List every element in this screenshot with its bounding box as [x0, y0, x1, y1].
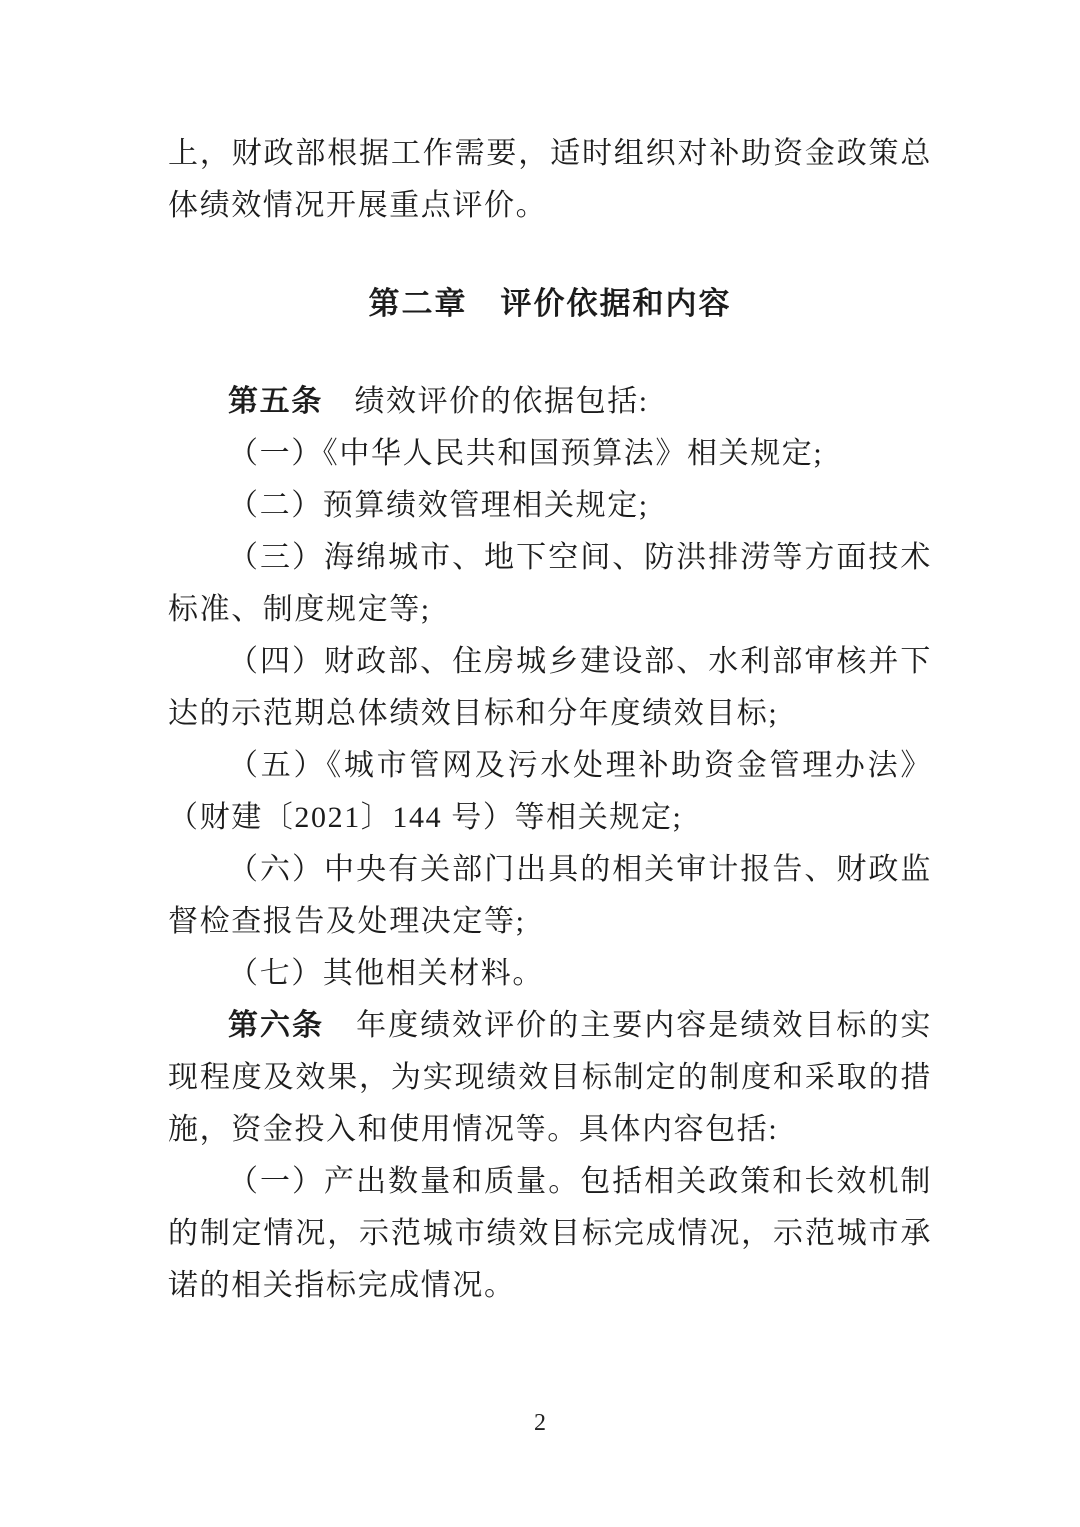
document-content: 上，财政部根据工作需要，适时组织对补助资金政策总体绩效情况开展重点评价。 第二章…: [168, 128, 932, 1312]
article-5-text: 绩效评价的依据包括:: [323, 385, 649, 418]
article-5-item-2: （二）预算绩效管理相关规定;: [168, 480, 932, 532]
article-5-item-4: （四）财政部、住房城乡建设部、水利部审核并下达的示范期总体绩效目标和分年度绩效目…: [168, 636, 932, 740]
article-5-item-3: （三）海绵城市、地下空间、防洪排涝等方面技术标准、制度规定等;: [168, 532, 932, 636]
continuation-paragraph: 上，财政部根据工作需要，适时组织对补助资金政策总体绩效情况开展重点评价。: [168, 128, 932, 232]
article-5-paragraph: 第五条 绩效评价的依据包括:: [168, 376, 932, 428]
article-6-paragraph: 第六条 年度绩效评价的主要内容是绩效目标的实现程度及效果，为实现绩效目标制定的制…: [168, 1000, 932, 1156]
article-6-number: 第六条: [228, 1009, 324, 1042]
article-5-item-6: （六）中央有关部门出具的相关审计报告、财政监督检查报告及处理决定等;: [168, 844, 932, 948]
article-6-item-1: （一）产出数量和质量。包括相关政策和长效机制的制定情况，示范城市绩效目标完成情况…: [168, 1156, 932, 1312]
article-5-number: 第五条: [228, 385, 323, 418]
page-number: 2: [0, 1408, 1080, 1438]
article-5-item-5: （五）《城市管网及污水处理补助资金管理办法》（财建〔2021〕144 号）等相关…: [168, 740, 932, 844]
chapter-heading: 第二章 评价依据和内容: [168, 278, 932, 330]
article-5-item-1: （一）《中华人民共和国预算法》相关规定;: [168, 428, 932, 480]
document-page: 上，财政部根据工作需要，适时组织对补助资金政策总体绩效情况开展重点评价。 第二章…: [0, 0, 1080, 1527]
article-5-item-7: （七）其他相关材料。: [168, 948, 932, 1000]
